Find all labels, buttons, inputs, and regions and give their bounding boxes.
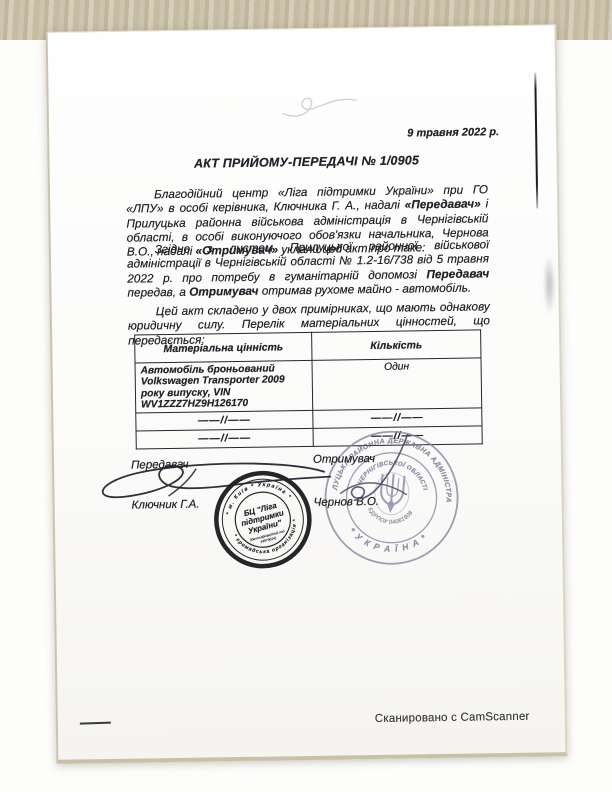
paragraph-basis: Згідно з листом Прилуцької районної війс…	[127, 237, 490, 300]
scan-background: 9 травня 2022 р. АКТ ПРИЙОМУ-ПЕРЕДАЧІ № …	[0, 0, 612, 792]
receiver-term: Отримувач	[189, 284, 259, 299]
transferor-term: Передавач	[426, 266, 489, 281]
camscanner-watermark: Сканировано с CamScanner	[375, 711, 530, 725]
col-header-quantity: Кількість	[312, 330, 481, 361]
item-description-cell: Автомобіль броньований Volkswagen Transp…	[135, 360, 313, 413]
paragraph-text: отримав рухоме майно - автомобіль.	[258, 280, 471, 297]
document-page: 9 травня 2022 р. АКТ ПРИЙОМУ-ПЕРЕДАЧІ № …	[46, 24, 568, 764]
table-row: Автомобіль броньований Volkswagen Transp…	[135, 358, 482, 413]
scan-artifact-dash	[80, 722, 111, 725]
pen-squiggle-artifact	[280, 84, 361, 121]
document-content: 9 травня 2022 р. АКТ ПРИЙОМУ-ПЕРЕДАЧІ № …	[48, 25, 566, 759]
scan-artifact-line	[534, 73, 538, 209]
ditto-cell: ——//——	[136, 429, 313, 450]
document-date: 9 травня 2022 р.	[125, 126, 499, 144]
item-quantity-cell: Один	[312, 358, 482, 411]
paragraph-text: передав, а	[127, 285, 189, 300]
stamp-country-text: * У К Р А Ї Н А *	[346, 525, 430, 557]
signature-receiver	[330, 428, 426, 514]
transferor-term: «Передавач»	[405, 197, 481, 212]
scan-artifact-smudge	[543, 253, 556, 315]
svg-text:* У К Р А Ї Н А *: * У К Р А Ї Н А *	[346, 525, 430, 557]
signature-transferor	[72, 449, 353, 523]
document-title: АКТ ПРИЙОМУ-ПЕРЕДАЧІ № 1/0905	[125, 152, 487, 171]
col-header-material: Матеріальна цінність	[135, 332, 312, 363]
